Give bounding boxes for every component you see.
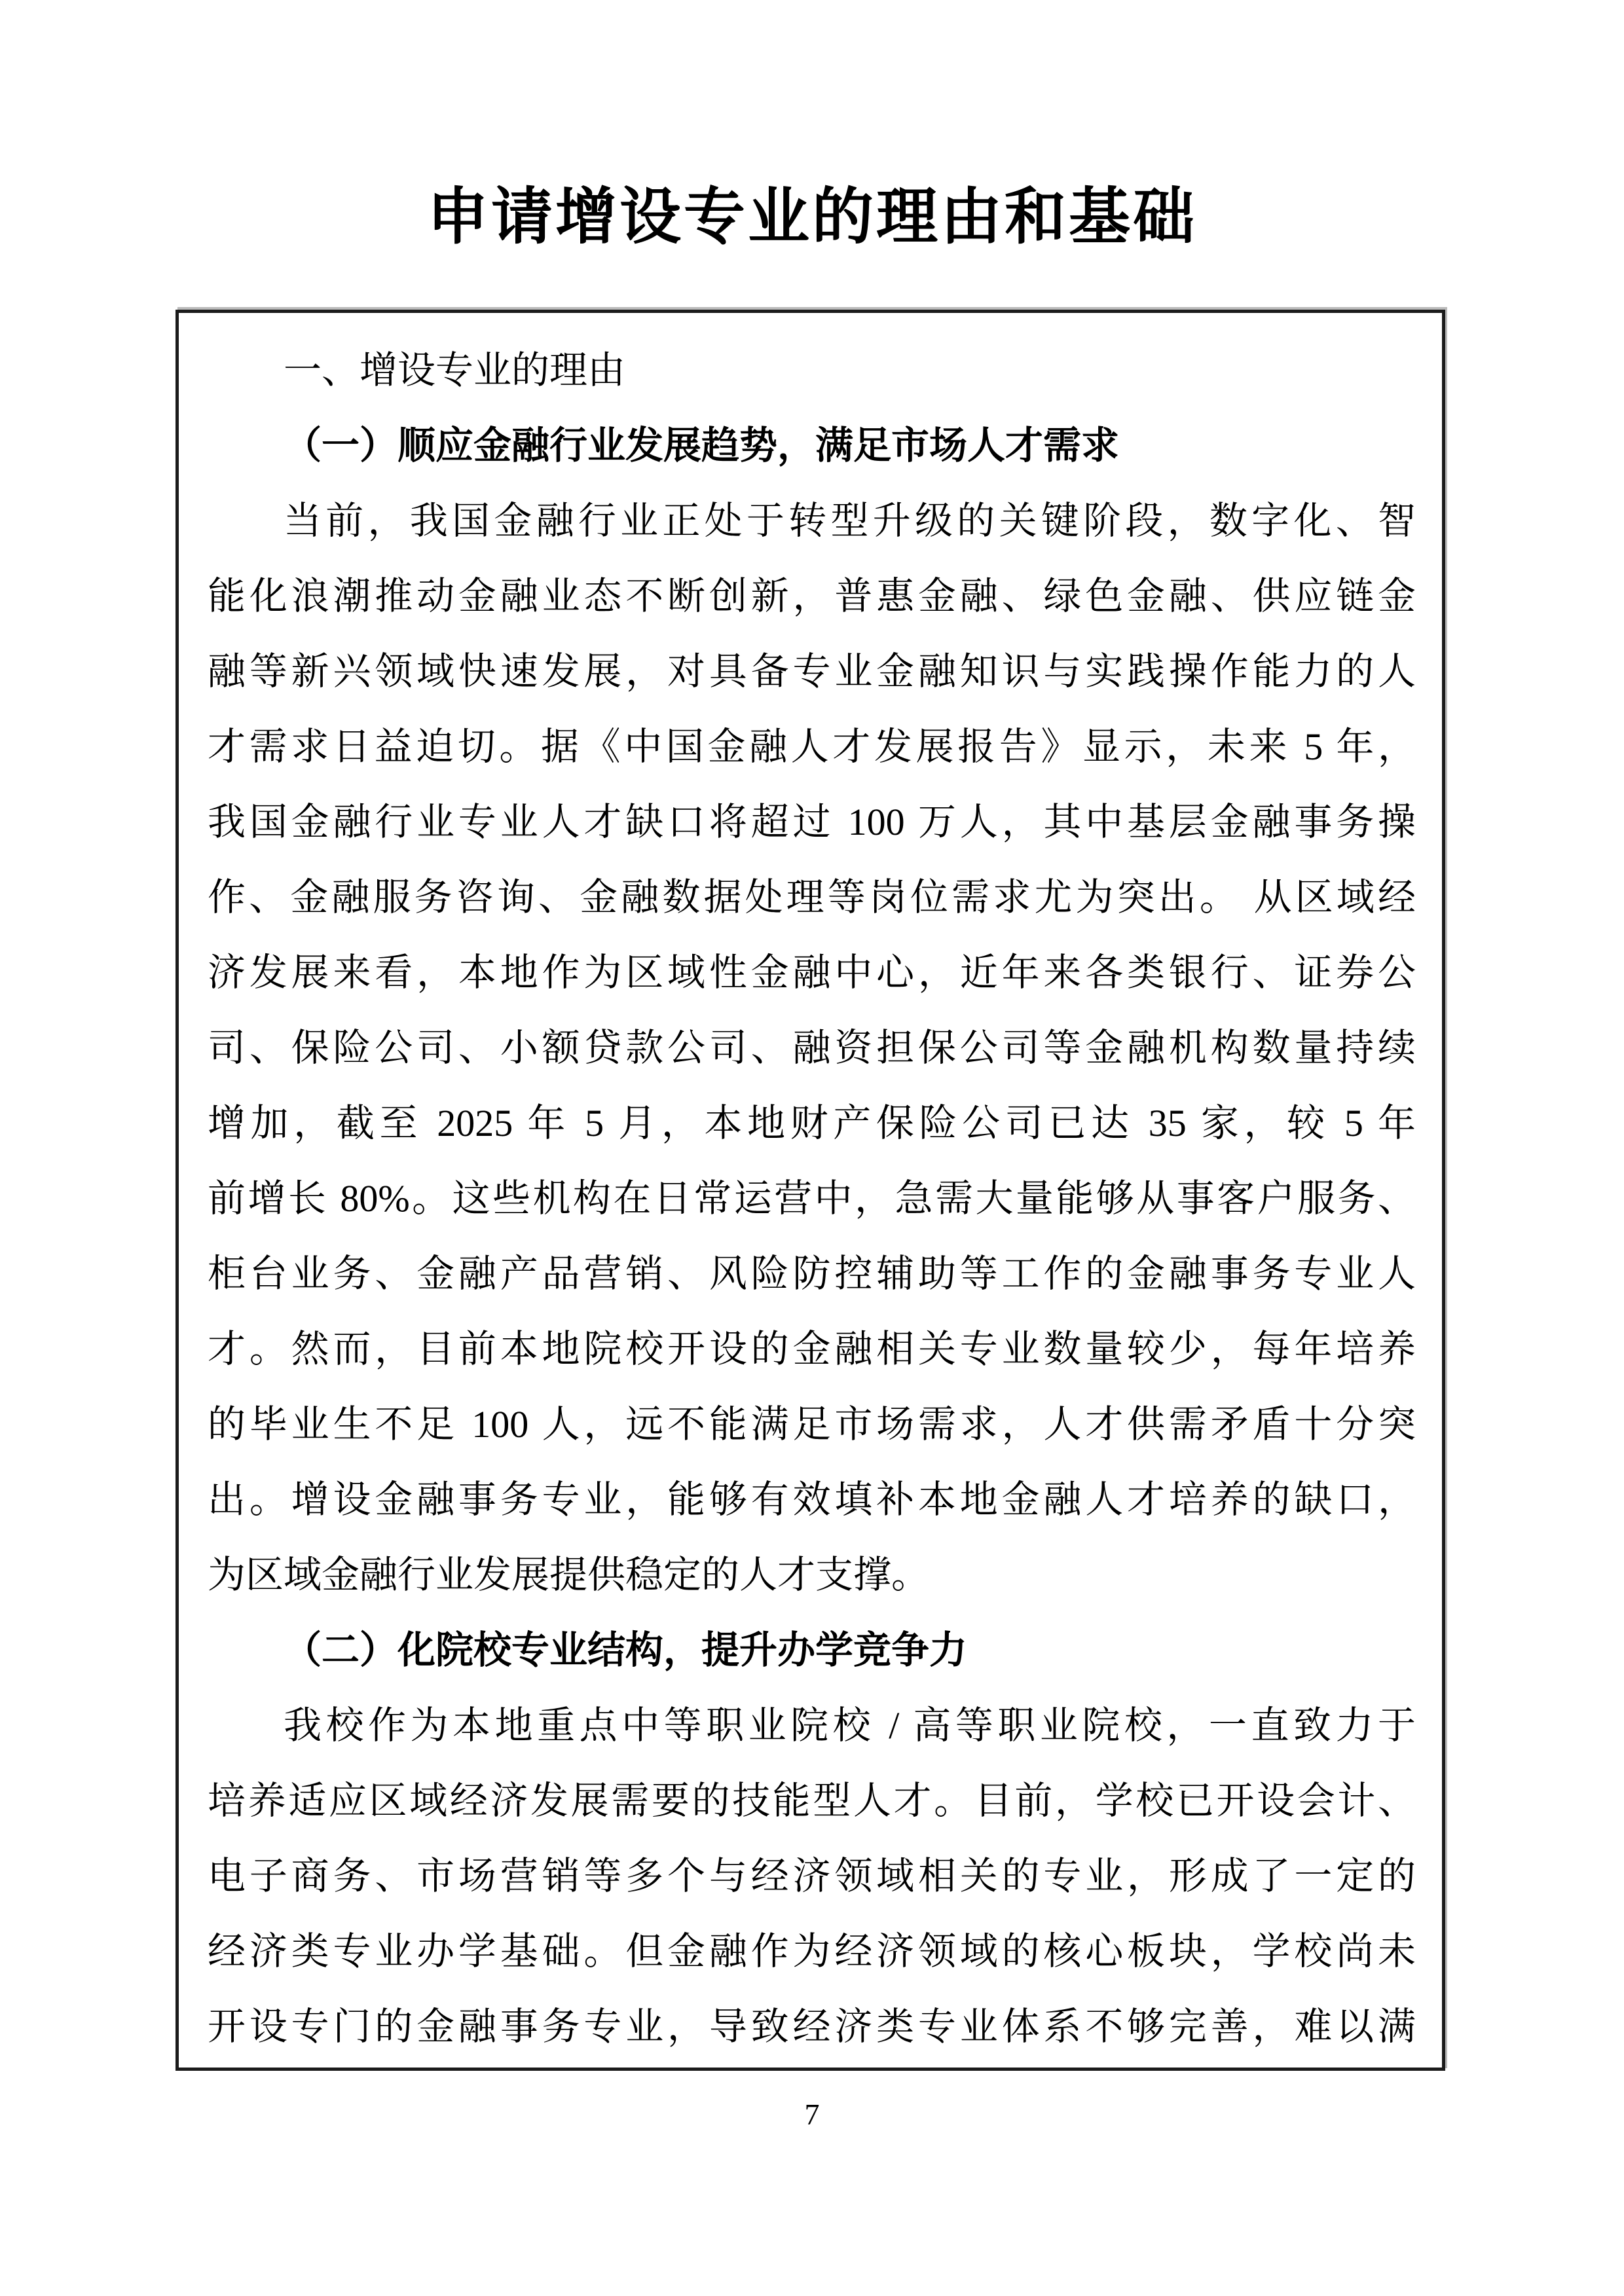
text-line: 司、保险公司、小额贷款公司、融资担保公司等金融机构数量持续 [208, 1010, 1416, 1085]
text-line: 一、增设专业的理由 [208, 333, 1416, 408]
text-line: 济发展来看，本地作为区域性金融中心，近年来各类银行、证券公 [208, 935, 1416, 1010]
text-line: 作、金融服务咨询、金融数据处理等岗位需求尤为突出。 从区域经 [208, 860, 1416, 935]
page-number: 7 [0, 2095, 1624, 2134]
text-line: 当前，我国金融行业正处于转型升级的关键阶段，数字化、智 [208, 483, 1416, 558]
text-line: 为区域金融行业发展提供稳定的人才支撑。 [208, 1537, 1416, 1613]
body-text: 一、增设专业的理由（一）顺应金融行业发展趋势，满足市场人才需求当前，我国金融行业… [208, 333, 1416, 2064]
text-line: 电子商务、市场营销等多个与经济领域相关的专业，形成了一定的 [208, 1838, 1416, 1914]
text-line: 经济类专业办学基础。但金融作为经济领域的核心板块，学校尚未 [208, 1914, 1416, 1989]
text-line: 融等新兴领域快速发展，对具备专业金融知识与实践操作能力的人 [208, 634, 1416, 709]
content-box: 一、增设专业的理由（一）顺应金融行业发展趋势，满足市场人才需求当前，我国金融行业… [175, 310, 1445, 2071]
text-line: 的毕业生不足 100 人，远不能满足市场需求，人才供需矛盾十分突 [208, 1387, 1416, 1462]
text-line: 前增长 80%。这些机构在日常运营中，急需大量能够从事客户服务、 [208, 1161, 1416, 1236]
text-line: 我国金融行业专业人才缺口将超过 100 万人，其中基层金融事务操 [208, 784, 1416, 860]
text-line: 能化浪潮推动金融业态不断创新，普惠金融、绿色金融、供应链金 [208, 558, 1416, 634]
text-line: 才。然而，目前本地院校开设的金融相关专业数量较少，每年培养 [208, 1311, 1416, 1387]
text-line: 出。增设金融事务专业，能够有效填补本地金融人才培养的缺口， [208, 1462, 1416, 1537]
text-line: 增加，截至 2025 年 5 月，本地财产保险公司已达 35 家，较 5 年 [208, 1085, 1416, 1161]
text-line: （一）顺应金融行业发展趋势，满足市场人才需求 [208, 408, 1416, 483]
text-line: 开设专门的金融事务专业，导致经济类专业体系不够完善，难以满 [208, 1989, 1416, 2064]
text-line: 我校作为本地重点中等职业院校 / 高等职业院校，一直致力于 [208, 1688, 1416, 1763]
text-line: 柜台业务、金融产品营销、风险防控辅助等工作的金融事务专业人 [208, 1236, 1416, 1311]
document-page: 申请增设专业的理由和基础 一、增设专业的理由（一）顺应金融行业发展趋势，满足市场… [0, 0, 1624, 2296]
text-line: 培养适应区域经济发展需要的技能型人才。目前，学校已开设会计、 [208, 1763, 1416, 1838]
text-line: 才需求日益迫切。据《中国金融人才发展报告》显示，未来 5 年， [208, 709, 1416, 784]
page-title: 申请增设专业的理由和基础 [0, 178, 1624, 257]
text-line: （二）化院校专业结构，提升办学竞争力 [208, 1613, 1416, 1688]
